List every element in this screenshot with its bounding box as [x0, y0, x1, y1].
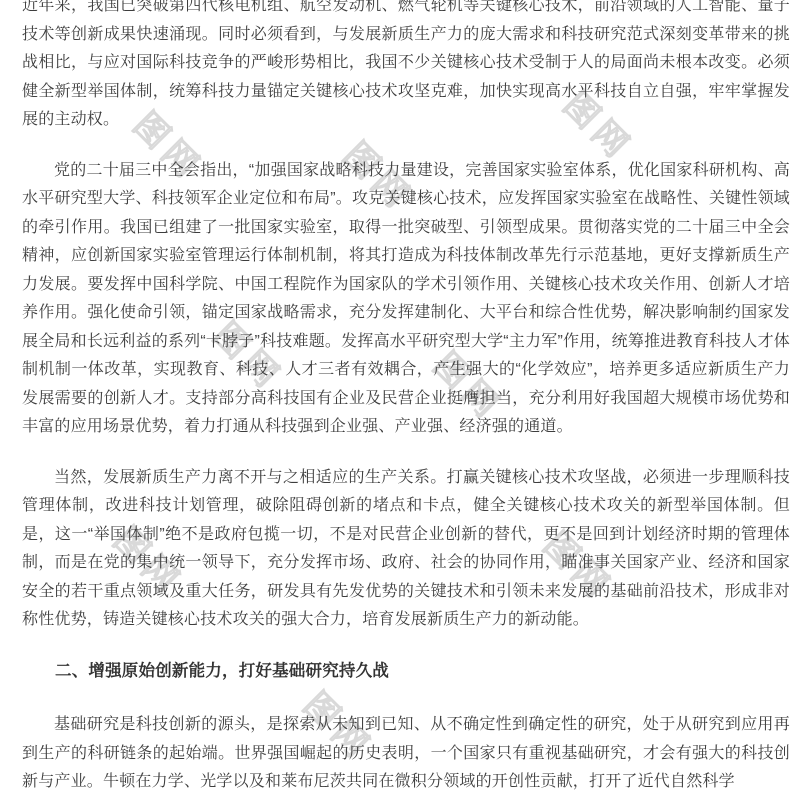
paragraph-basic-research: 基础研究是科技创新的源头，是探索从未知到已知、从不确定性到确定性的研究，处于从研… — [22, 711, 790, 797]
section-heading: 二、增强原始创新能力，打好基础研究持久战 — [22, 657, 790, 686]
article-page: 图网 图网 图网 图网 图网 图网 图网 图网 近年来，我国已突破第四代核电机组… — [0, 0, 800, 800]
paragraph-key-tech-intro: 近年来，我国已突破第四代核电机组、航空发动机、燃气轮机等关键核心技术，前沿领域的… — [22, 0, 790, 135]
paragraph-new-juguo-system: 当然，发展新质生产力离不开与之相适应的生产关系。打赢关键核心技术攻坚战，必须进一… — [22, 464, 790, 635]
article-body: 近年来，我国已突破第四代核电机组、航空发动机、燃气轮机等关键核心技术，前沿领域的… — [22, 0, 790, 797]
paragraph-national-labs: 党的二十届三中全会指出，“加强国家战略科技力量建设，完善国家实验室体系，优化国家… — [22, 157, 790, 442]
